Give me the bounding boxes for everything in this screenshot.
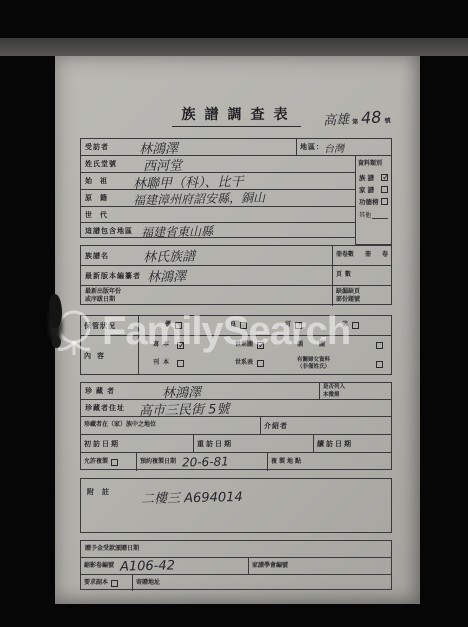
- society-number-cell: 家譜學會編號: [249, 558, 291, 574]
- included-in-microfilm-cell: 是否列入 本微捲: [319, 383, 391, 399]
- ancestral-home-value: 福建漳州府詔安縣，銅山: [133, 188, 265, 208]
- checkbox-pedigree-chart: ✓: [257, 342, 264, 349]
- missing-pages-line2: 部份題號: [336, 297, 360, 304]
- surname-hall-label: 姓氏堂號: [85, 159, 117, 169]
- row-first-ancestor: 始祖 林聯甲（科）、比干: [81, 173, 391, 190]
- latest-compiler-value: 林鴻澤: [147, 266, 186, 286]
- content-pedigree-chart-label: 世系圖: [235, 342, 253, 349]
- microfilm-number-value: A106-42: [120, 558, 175, 574]
- row-visit-dates: 初訪日期 重訪日期 續訪日期: [81, 435, 391, 453]
- serial-number-handwritten: 48: [361, 108, 382, 128]
- scanner-top-band: [0, 38, 468, 56]
- content-women-info-line1: 有關婦女資料: [297, 357, 330, 364]
- section-genealogy-title: 族譜名 林氏族譜 冊卷數 冊 卷 最新版本編纂者 林鴻澤 頁數 最新出版年份 或…: [80, 245, 392, 305]
- checkbox-condition-excellent: [175, 322, 182, 329]
- content-option-pedigree-chart: 世系圖 ✓: [235, 342, 264, 349]
- row-microfilm-number: 縮影卷編號 A106-42 家譜學會編號: [81, 558, 391, 575]
- checkbox-condition-fair: [295, 322, 302, 329]
- copy-allowed-label: 允許複製: [84, 459, 108, 466]
- serial-no-label: 第: [352, 120, 358, 127]
- condition-poor-label: 劣: [342, 322, 348, 329]
- checkbox-clan-genealogy: ✓: [381, 174, 388, 181]
- row-genealogy-name: 族譜名 林氏族譜 冊卷數 冊 卷: [81, 246, 391, 266]
- holder-position-label: 珍藏者在（家）族中之地位: [84, 422, 156, 429]
- content-illustrations-label: 插圖: [297, 342, 341, 349]
- latest-compiler-label: 最新版本編纂者: [85, 271, 141, 281]
- row-areas-covered: 這譜包含地區 福建省東山縣: [81, 223, 391, 239]
- surname-hall-value: 西河堂: [143, 154, 182, 174]
- volumes-unit-ce: 冊: [365, 252, 371, 259]
- region-label: 地區：: [300, 142, 324, 152]
- checkbox-manuscript: ✓: [177, 342, 184, 349]
- copy-request-label: 要求副本: [84, 580, 108, 587]
- content-option-illustrations: 插圖: [297, 342, 383, 349]
- condition-option-excellent: 優: [165, 322, 182, 329]
- storage-condition-options: 優 良 可 劣: [139, 322, 391, 329]
- copy-appointment-label: 預約複製日期: [140, 459, 176, 466]
- content-printed-label: 刊本: [153, 360, 173, 367]
- category-merit-board-label: 功德榜: [359, 197, 379, 206]
- condition-option-poor: 劣: [342, 322, 359, 329]
- notes-label: 附註: [87, 487, 117, 497]
- category-other-label: 其他: [359, 210, 371, 219]
- mailing-address-label: 寄贈地址: [136, 580, 160, 587]
- volumes-unit-juan: 卷: [382, 252, 388, 259]
- storage-condition-label: 保管狀況: [84, 321, 116, 331]
- publication-year-line2: 或序跋日期: [85, 297, 121, 304]
- checkbox-family-genealogy: [381, 186, 388, 193]
- survey-form-paper: 族譜調查表 高雄 第 48 號 受訪者 林鴻澤 地區： 台灣 姓氏堂號 西河堂: [55, 56, 420, 604]
- category-clan-genealogy-label: 族譜: [359, 173, 376, 182]
- checkbox-merit-board: [381, 198, 388, 205]
- followup-visit-label: 續訪日期: [317, 439, 353, 449]
- interviewee-label: 受訪者: [85, 142, 109, 152]
- donation-date-label: 贈予金受款頒贈日期: [85, 546, 139, 553]
- serial-prefix-handwritten: 高雄: [323, 109, 350, 129]
- storage-condition-labelcell: 保管狀況: [81, 316, 139, 335]
- content-manuscript-label: 寫本: [153, 342, 173, 349]
- areas-covered-value: 福建省東山縣: [141, 222, 213, 241]
- genealogy-name-label: 族譜名: [85, 251, 109, 261]
- notes-value: 二樓三 A694014: [141, 486, 243, 507]
- mailing-address-cell: 寄贈地址: [133, 575, 163, 591]
- copy-appointment-cell: 預約複製日期 20-6-81: [137, 453, 268, 471]
- row-copy-request: 要求副本 寄贈地址: [81, 575, 391, 591]
- microfilm-number-label: 縮影卷編號: [84, 563, 114, 570]
- missing-pages-cell: 缺漏缺頁 部份題號: [332, 286, 391, 306]
- first-ancestor-label: 始祖: [85, 176, 115, 186]
- areas-covered-label: 這譜包含地區: [85, 226, 133, 236]
- copy-location-label: 複製地點: [271, 459, 303, 466]
- section-record-category: 資料類別 族譜 ✓ 家譜 功德榜 其他: [355, 155, 392, 245]
- category-family-genealogy-label: 家譜: [359, 185, 376, 194]
- section-notes: 附註 二樓三 A694014: [80, 478, 392, 533]
- scan-smudge-dot: [52, 336, 61, 348]
- content-women-info-label: 有關婦女資料 （非僅姓氏）: [297, 357, 330, 371]
- form-title: 族譜調查表: [172, 104, 301, 127]
- publication-year-label: 最新出版年份 或序跋日期: [85, 289, 121, 304]
- row-storage-condition: 保管狀況 優 良 可 劣: [81, 316, 391, 336]
- row-donation-date: 贈予金受款頒贈日期: [81, 541, 391, 558]
- scan-smudge-blob: [49, 294, 62, 328]
- content-option-manuscript: 寫本 ✓: [153, 342, 184, 349]
- missing-pages-line1: 缺漏缺頁: [336, 289, 360, 296]
- content-option-printed: 刊本: [153, 360, 184, 367]
- copy-location-cell: 複製地點: [268, 453, 306, 471]
- checkbox-pedigree-table: [257, 360, 264, 367]
- scanned-document-page: 族譜調查表 高雄 第 48 號 受訪者 林鴻澤 地區： 台灣 姓氏堂號 西河堂: [0, 0, 468, 627]
- condition-excellent-label: 優: [165, 322, 171, 329]
- section-interviewee: 受訪者 林鴻澤 地區： 台灣 姓氏堂號 西河堂 始祖 林聯甲（科）、比干 原籍 …: [80, 138, 392, 238]
- serial-number: 高雄 第 48 號: [323, 106, 424, 128]
- section-holder-visits: 珍藏者 林鴻澤 是否列入 本微捲 珍藏者住址 高市三民街 5號 珍藏者在（家）族…: [80, 382, 392, 470]
- copy-appointment-date: 20-6-81: [182, 455, 229, 470]
- included-line2: 本微捲: [323, 392, 388, 399]
- contents-options: 寫本 ✓ 世系圖 ✓ 插圖 刊本: [139, 336, 391, 375]
- row-ancestral-home: 原籍 福建漳州府詔安縣，銅山: [81, 190, 391, 207]
- content-pedigree-table-label: 世系表: [235, 360, 253, 367]
- notes-inner: 附註 二樓三 A694014: [81, 479, 391, 514]
- copy-request-cell: 要求副本: [81, 575, 133, 591]
- row-holder-address: 珍藏者住址 高市三民街 5號: [81, 400, 391, 417]
- society-number-label: 家譜學會編號: [252, 563, 288, 570]
- introducer-label: 介紹者: [264, 421, 288, 431]
- serial-suffix-label: 號: [384, 118, 390, 125]
- holder-address-value: 高市三民街 5號: [139, 398, 230, 419]
- checkbox-condition-poor: [352, 322, 359, 329]
- content-women-info-line2: （非僅姓氏）: [297, 364, 330, 371]
- microfilm-number-cell: 縮影卷編號 A106-42: [81, 558, 249, 574]
- revisit-cell: 重訪日期: [194, 435, 314, 452]
- row-copy-permission: 允許複製 預約複製日期 20-6-81 複製地點: [81, 453, 391, 471]
- introducer-cell: 介紹者: [261, 417, 291, 434]
- generations-label: 世代: [85, 210, 115, 220]
- holder-label: 珍藏者: [85, 386, 118, 396]
- ancestral-home-label: 原籍: [85, 193, 115, 203]
- pages-label: 頁數: [336, 272, 354, 279]
- first-visit-label: 初訪日期: [84, 439, 120, 449]
- holder-address-label: 珍藏者住址: [85, 403, 125, 413]
- included-line1: 是否列入: [323, 384, 388, 391]
- section-microfilm: 贈予金受款頒贈日期 縮影卷編號 A106-42 家譜學會編號 要求副本 寄贈地址: [80, 540, 392, 590]
- contents-label: 內容: [84, 351, 110, 361]
- condition-option-good: 良: [230, 322, 247, 329]
- section-condition-contents: 保管狀況 優 良 可 劣: [80, 315, 392, 375]
- row-interviewee: 受訪者 林鴻澤 地區： 台灣: [81, 139, 391, 156]
- record-category-title: 資料類別: [358, 158, 389, 167]
- row-publication-year: 最新出版年份 或序跋日期 缺漏缺頁 部份題號: [81, 286, 391, 306]
- volumes-cell: 冊卷數 冊 卷: [332, 246, 391, 265]
- condition-good-label: 良: [230, 322, 236, 329]
- category-option-family-genealogy: 家譜: [359, 185, 388, 194]
- region-cell: 地區： 台灣: [296, 139, 391, 155]
- copy-allowed-cell: 允許複製: [81, 453, 137, 471]
- condition-option-fair: 可: [285, 322, 302, 329]
- pages-cell: 頁數: [332, 266, 391, 285]
- checkbox-women-info: [376, 361, 383, 368]
- row-contents: 內容 寫本 ✓ 世系圖 ✓ 插圖 刊本: [81, 336, 391, 375]
- checkbox-printed: [177, 360, 184, 367]
- category-other: 其他: [359, 210, 388, 219]
- row-latest-compiler: 最新版本編纂者 林鴻澤 頁數: [81, 266, 391, 286]
- revisit-label: 重訪日期: [197, 439, 233, 449]
- content-option-women-info: 有關婦女資料 （非僅姓氏）: [297, 357, 383, 371]
- volumes-label: 冊卷數: [336, 252, 354, 259]
- region-value: 台灣: [324, 139, 344, 154]
- first-visit-cell: 初訪日期: [81, 435, 194, 452]
- category-other-blank-line: [372, 212, 388, 219]
- holder-position-cell: 珍藏者在（家）族中之地位: [81, 417, 261, 434]
- checkbox-illustrations: [376, 342, 383, 349]
- followup-visit-cell: 續訪日期: [314, 435, 356, 452]
- missing-pages-label: 缺漏缺頁 部份題號: [336, 289, 360, 304]
- row-holder: 珍藏者 林鴻澤 是否列入 本微捲: [81, 383, 391, 400]
- contents-labelcell: 內容: [81, 336, 139, 375]
- category-option-merit-board: 功德榜: [359, 197, 388, 206]
- condition-fair-label: 可: [285, 322, 291, 329]
- content-option-pedigree-table: 世系表: [235, 360, 264, 367]
- checkbox-copy-allowed: [111, 459, 118, 466]
- row-generations: 世代: [81, 207, 391, 223]
- checkbox-copy-request: [111, 580, 118, 587]
- checkbox-condition-good: [240, 322, 247, 329]
- publication-year-line1: 最新出版年份: [85, 289, 121, 296]
- genealogy-name-value: 林氏族譜: [143, 245, 195, 265]
- category-option-clan-genealogy: 族譜 ✓: [359, 173, 388, 182]
- row-holder-position: 珍藏者在（家）族中之地位 介紹者: [81, 417, 391, 435]
